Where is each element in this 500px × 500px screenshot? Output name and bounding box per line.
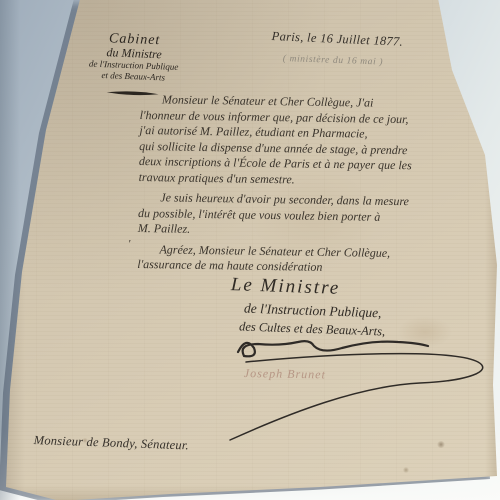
signature-pencil-name: Joseph Brunet — [244, 366, 326, 382]
signature-scrawl — [0, 0, 500, 500]
letter-photo: Cabinet du Ministre de l'Instruction Pub… — [0, 0, 500, 500]
letter-paper: Cabinet du Ministre de l'Instruction Pub… — [0, 0, 500, 500]
